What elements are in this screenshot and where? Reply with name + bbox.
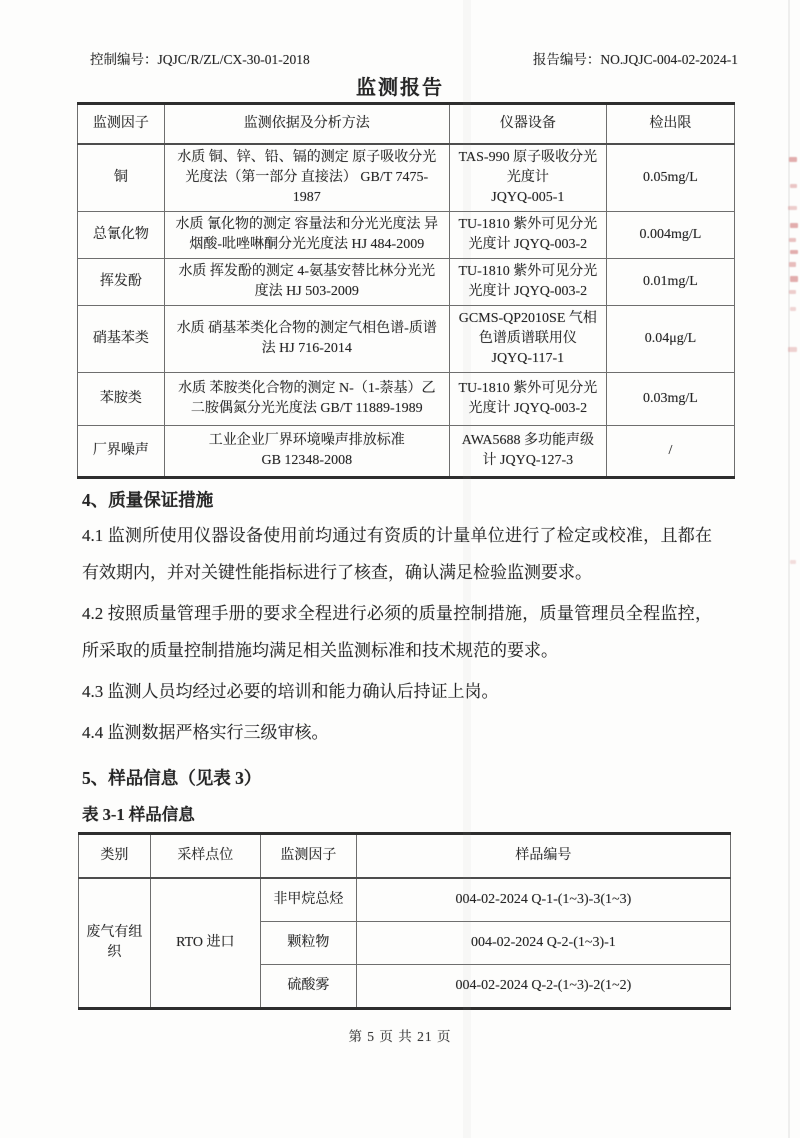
limit-cell: /	[606, 426, 734, 478]
red-stamp-fragment	[790, 223, 798, 228]
red-stamp-fragment	[790, 307, 796, 311]
column-header-instrument: 仪器设备	[449, 104, 606, 145]
red-stamp-fragment	[790, 560, 796, 564]
red-stamp-fragment	[788, 206, 797, 210]
limit-cell: 0.03mg/L	[606, 373, 734, 426]
instrument-cell: TAS-990 原子吸收分光光度计 JQYQ-005-1	[449, 144, 606, 212]
factor-cell: 苯胺类	[78, 373, 165, 426]
column-header-limit: 检出限	[606, 104, 734, 145]
table-row: 铜 水质 铜、锌、铅、镉的测定 原子吸收分光光度法（第一部分 直接法） GB/T…	[78, 144, 735, 212]
section5-heading: 5、样品信息（见表 3）	[82, 765, 712, 791]
column-header-factor: 监测因子	[78, 104, 165, 145]
sample-table-caption: 表 3-1 样品信息	[82, 803, 712, 827]
column-header-factor: 监测因子	[260, 834, 356, 879]
factor-cell: 总氰化物	[78, 212, 165, 259]
column-header-method: 监测依据及分析方法	[164, 104, 449, 145]
limit-cell: 0.01mg/L	[606, 259, 734, 306]
red-stamp-fragment	[789, 157, 797, 162]
method-cell: 水质 苯胺类化合物的测定 N-（1-萘基）乙二胺偶氮分光光度法 GB/T 118…	[164, 373, 449, 426]
red-stamp-fragment	[790, 184, 797, 188]
table-row: 硝基苯类 水质 硝基苯类化合物的测定气相色谱-质谱法 HJ 716-2014 G…	[78, 306, 735, 373]
location-cell: RTO 进口	[150, 878, 260, 1009]
method-table-header-row: 监测因子 监测依据及分析方法 仪器设备 检出限	[78, 104, 735, 145]
column-header-category: 类别	[79, 834, 151, 879]
factor-cell: 颗粒物	[260, 922, 356, 965]
method-table: 监测因子 监测依据及分析方法 仪器设备 检出限 铜 水质 铜、锌、铅、镉的测定 …	[77, 102, 735, 479]
paragraph-4-3: 4.3 监测人员均经过必要的培训和能力确认后持证上岗。	[82, 673, 712, 710]
table-row: 苯胺类 水质 苯胺类化合物的测定 N-（1-萘基）乙二胺偶氮分光光度法 GB/T…	[78, 373, 735, 426]
factor-cell: 挥发酚	[78, 259, 165, 306]
table-row: 废气有组织 RTO 进口 非甲烷总烃 004-02-2024 Q-1-(1~3)…	[79, 878, 731, 922]
sample-table-header-row: 类别 采样点位 监测因子 样品编号	[79, 834, 731, 879]
red-stamp-fragment	[789, 290, 796, 294]
column-header-location: 采样点位	[150, 834, 260, 879]
instrument-cell: TU-1810 紫外可见分光光度计 JQYQ-003-2	[449, 259, 606, 306]
sample-table: 类别 采样点位 监测因子 样品编号 废气有组织 RTO 进口 非甲烷总烃 004…	[78, 832, 731, 1010]
factor-cell: 硝基苯类	[78, 306, 165, 373]
method-cell: 工业企业厂界环境噪声排放标准 GB 12348-2008	[164, 426, 449, 478]
table-row: 挥发酚 水质 挥发酚的测定 4-氨基安替比林分光光度法 HJ 503-2009 …	[78, 259, 735, 306]
limit-cell: 0.05mg/L	[606, 144, 734, 212]
limit-cell: 0.004mg/L	[606, 212, 734, 259]
control-number: 控制编号：JQJC/R/ZL/CX-30-01-2018	[90, 52, 310, 68]
red-stamp-fragment	[789, 238, 796, 242]
instrument-cell: GCMS-QP2010SE 气相色谱质谱联用仪 JQYQ-117-1	[449, 306, 606, 373]
method-cell: 水质 硝基苯类化合物的测定气相色谱-质谱法 HJ 716-2014	[164, 306, 449, 373]
instrument-cell: TU-1810 紫外可见分光光度计 JQYQ-003-2	[449, 373, 606, 426]
table-row: 厂界噪声 工业企业厂界环境噪声排放标准 GB 12348-2008 AWA568…	[78, 426, 735, 478]
sample-no-cell: 004-02-2024 Q-2-(1~3)-1	[356, 922, 730, 965]
factor-cell: 厂界噪声	[78, 426, 165, 478]
limit-cell: 0.04μg/L	[606, 306, 734, 373]
instrument-cell: AWA5688 多功能声级计 JQYQ-127-3	[449, 426, 606, 478]
sample-no-cell: 004-02-2024 Q-2-(1~3)-2(1~2)	[356, 965, 730, 1009]
document-header: 控制编号：JQJC/R/ZL/CX-30-01-2018 报告编号：NO.JQJ…	[0, 0, 800, 68]
page-edge-shadow	[788, 0, 790, 1138]
instrument-cell: TU-1810 紫外可见分光光度计 JQYQ-003-2	[449, 212, 606, 259]
method-cell: 水质 氰化物的测定 容量法和分光光度法 异烟酸-吡唑啉酮分光光度法 HJ 484…	[164, 212, 449, 259]
page-number: 第 5 页 共 21 页	[0, 1025, 800, 1045]
section4-heading: 4、质量保证措施	[82, 487, 712, 513]
page-title: 监测报告	[0, 76, 800, 101]
column-header-sample-no: 样品编号	[356, 834, 730, 879]
factor-cell: 铜	[78, 144, 165, 212]
document-page: 控制编号：JQJC/R/ZL/CX-30-01-2018 报告编号：NO.JQJ…	[0, 0, 800, 1138]
factor-cell: 非甲烷总烃	[260, 878, 356, 922]
method-cell: 水质 铜、锌、铅、镉的测定 原子吸收分光光度法（第一部分 直接法） GB/T 7…	[164, 144, 449, 212]
red-stamp-fragment	[790, 276, 798, 282]
table-row: 总氰化物 水质 氰化物的测定 容量法和分光光度法 异烟酸-吡唑啉酮分光光度法 H…	[78, 212, 735, 259]
method-cell: 水质 挥发酚的测定 4-氨基安替比林分光光度法 HJ 503-2009	[164, 259, 449, 306]
report-number: 报告编号：NO.JQJC-004-02-2024-1	[533, 52, 738, 68]
factor-cell: 硫酸雾	[260, 965, 356, 1009]
category-cell: 废气有组织	[79, 878, 151, 1009]
red-stamp-fragment	[789, 262, 796, 267]
paragraph-4-4: 4.4 监测数据严格实行三级审核。	[82, 714, 712, 751]
sample-no-cell: 004-02-2024 Q-1-(1~3)-3(1~3)	[356, 878, 730, 922]
red-stamp-fragment	[790, 250, 798, 254]
paragraph-4-2: 4.2 按照质量管理手册的要求全程进行必须的质量控制措施，质量管理员全程监控，所…	[82, 595, 712, 669]
red-stamp-fragment	[788, 347, 797, 352]
paragraph-4-1: 4.1 监测所使用仪器设备使用前均通过有资质的计量单位进行了检定或校准，且都在有…	[82, 517, 712, 591]
